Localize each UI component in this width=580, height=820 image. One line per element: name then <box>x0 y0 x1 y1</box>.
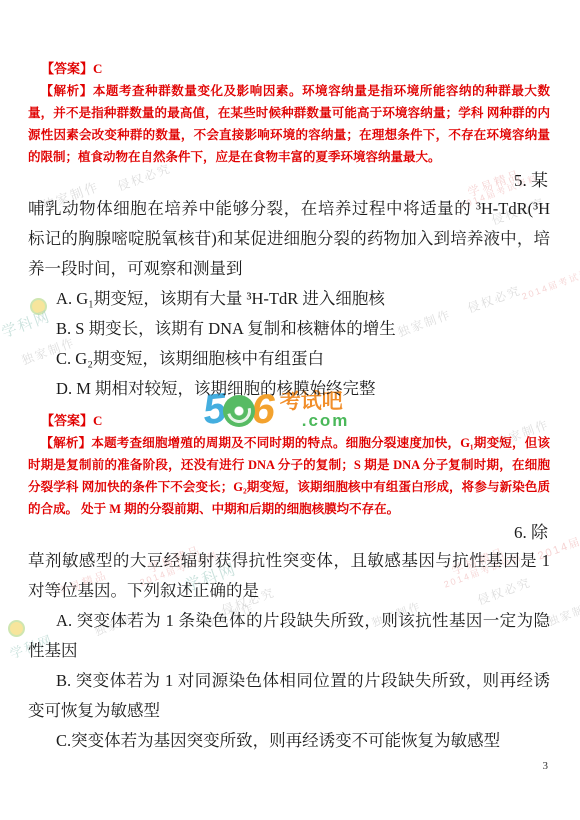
document-page: 独家制作 侵权必究 学易精品 2014届考试资料 侵权必究 学科网 独家制作 独… <box>0 0 580 820</box>
answer-line-q4: 【答案】C <box>28 58 550 80</box>
question5-body: 哺乳动物体细胞在培养中能够分裂，在培养过程中将适量的 ³H-TdR(³H 标记的… <box>28 194 550 284</box>
question6-body: 草剂敏感型的大豆经辐射获得抗性突变体，且敏感基因与抗性基因是 1 对等位基因。下… <box>28 546 550 606</box>
question5-option-b: B. S 期变长，该期有 DNA 复制和核糖体的增生 <box>28 314 550 344</box>
analysis-paragraph-q5: 【解析】本题考查细胞增殖的周期及不同时期的特点。细胞分裂速度加快，G₁期变短，但… <box>28 432 550 520</box>
answer-value: C <box>93 61 102 76</box>
question5-option-c: C. G₂期变短，该期细胞核中有组蛋白 <box>28 344 550 374</box>
answer-line-q5: 【答案】C <box>28 410 550 432</box>
question6-option-b: B. 突变体若为 1 对同源染色体相同位置的片段缺失所致，则再经诱变可恢复为敏感… <box>28 666 550 726</box>
question6-option-c: C.突变体若为基因突变所致，则再经诱变不可能恢复为敏感型 <box>28 726 550 756</box>
analysis-paragraph-q4: 【解析】本题考查种群数量变化及影响因素。环境容纳量是指环境所能容纳的种群最大数量… <box>28 80 550 168</box>
answer-value: C <box>93 413 102 428</box>
answer-label: 【答案】 <box>41 61 93 76</box>
question5-option-d: D. M 期相对较短，该期细胞的核膜始终完整 <box>28 374 550 404</box>
question6-option-a: A. 突变体若为 1 条染色体的片段缺失所致，则该抗性基因一定为隐性基因 <box>28 606 550 666</box>
page-number: 3 <box>543 760 549 772</box>
answer-label: 【答案】 <box>41 413 93 428</box>
question6-number: 6. 除 <box>28 520 550 546</box>
question5-option-a: A. G₁期变短，该期有大量 ³H-TdR 进入细胞核 <box>28 284 550 314</box>
document-content: 【答案】C 【解析】本题考查种群数量变化及影响因素。环境容纳量是指环境所能容纳的… <box>0 0 580 756</box>
question5-number: 5. 某 <box>28 168 550 194</box>
